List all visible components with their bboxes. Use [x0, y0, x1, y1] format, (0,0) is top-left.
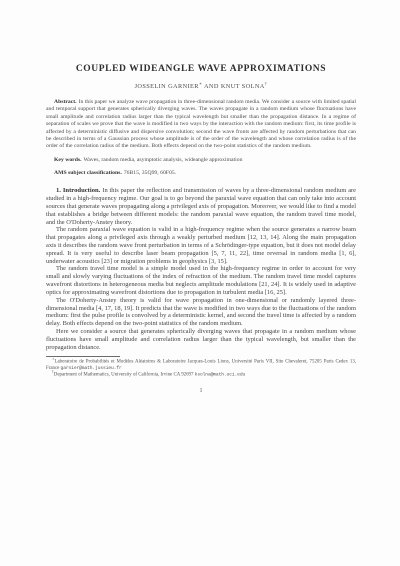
ams-text: 76B15, 35Q99, 60F05.	[124, 170, 176, 176]
section-heading: 1. Introduction.	[56, 187, 100, 194]
abstract-label: Abstract.	[54, 99, 77, 105]
keywords-text: Waves, random media, asymptotic analysis…	[84, 157, 243, 163]
ams-classifications-line: AMS subject classifications.76B15, 35Q99…	[46, 170, 356, 177]
abstract-block: Abstract.In this paper we analyze wave p…	[46, 99, 356, 151]
intro-paragraph-1: 1. Introduction.In this paper the reflec…	[46, 187, 356, 226]
footnote-1-email: garnier@math.jussieu.fr	[61, 366, 122, 371]
keywords-line: Key words.Waves, random media, asymptoti…	[46, 157, 356, 164]
author-1: JOSSELIN GARNIER	[135, 83, 199, 90]
footnote-affiliation-1: ∗Laboratoire de Probabilités et Modèles …	[46, 359, 356, 372]
authors-separator: AND	[202, 83, 220, 90]
page-number: 1	[46, 388, 356, 394]
keywords-label: Key words.	[54, 157, 82, 163]
paper-page: COUPLED WIDEANGLE WAVE APPROXIMATIONS JO…	[0, 0, 400, 566]
intro-paragraph-5: Here we consider a source that generates…	[46, 328, 356, 351]
footnote-block: ∗Laboratoire de Probabilités et Modèles …	[46, 356, 356, 379]
footnote-2-email: ksolna@math.uci.edu	[195, 373, 245, 378]
paper-title: COUPLED WIDEANGLE WAVE APPROXIMATIONS	[46, 64, 356, 74]
author-2: KNUT SOLNA	[221, 83, 265, 90]
ams-label: AMS subject classifications.	[54, 170, 122, 176]
footnote-2-text: Department of Mathematics, University of…	[54, 373, 195, 378]
footnote-rule	[46, 356, 120, 357]
authors-line: JOSSELIN GARNIER∗ AND KNUT SOLNA†	[46, 83, 356, 90]
author-2-footnote-mark: †	[265, 81, 268, 86]
intro-paragraph-2: The random paraxial wave equation is val…	[46, 226, 356, 265]
intro-paragraph-4: The O'Doherty-Anstey theory is valid for…	[46, 297, 356, 328]
abstract-text: In this paper we analyze wave propagatio…	[46, 99, 356, 149]
introduction-section: 1. Introduction.In this paper the reflec…	[46, 187, 356, 351]
intro-paragraph-3: The random travel time model is a simple…	[46, 265, 356, 296]
footnote-affiliation-2: †Department of Mathematics, University o…	[46, 372, 356, 379]
